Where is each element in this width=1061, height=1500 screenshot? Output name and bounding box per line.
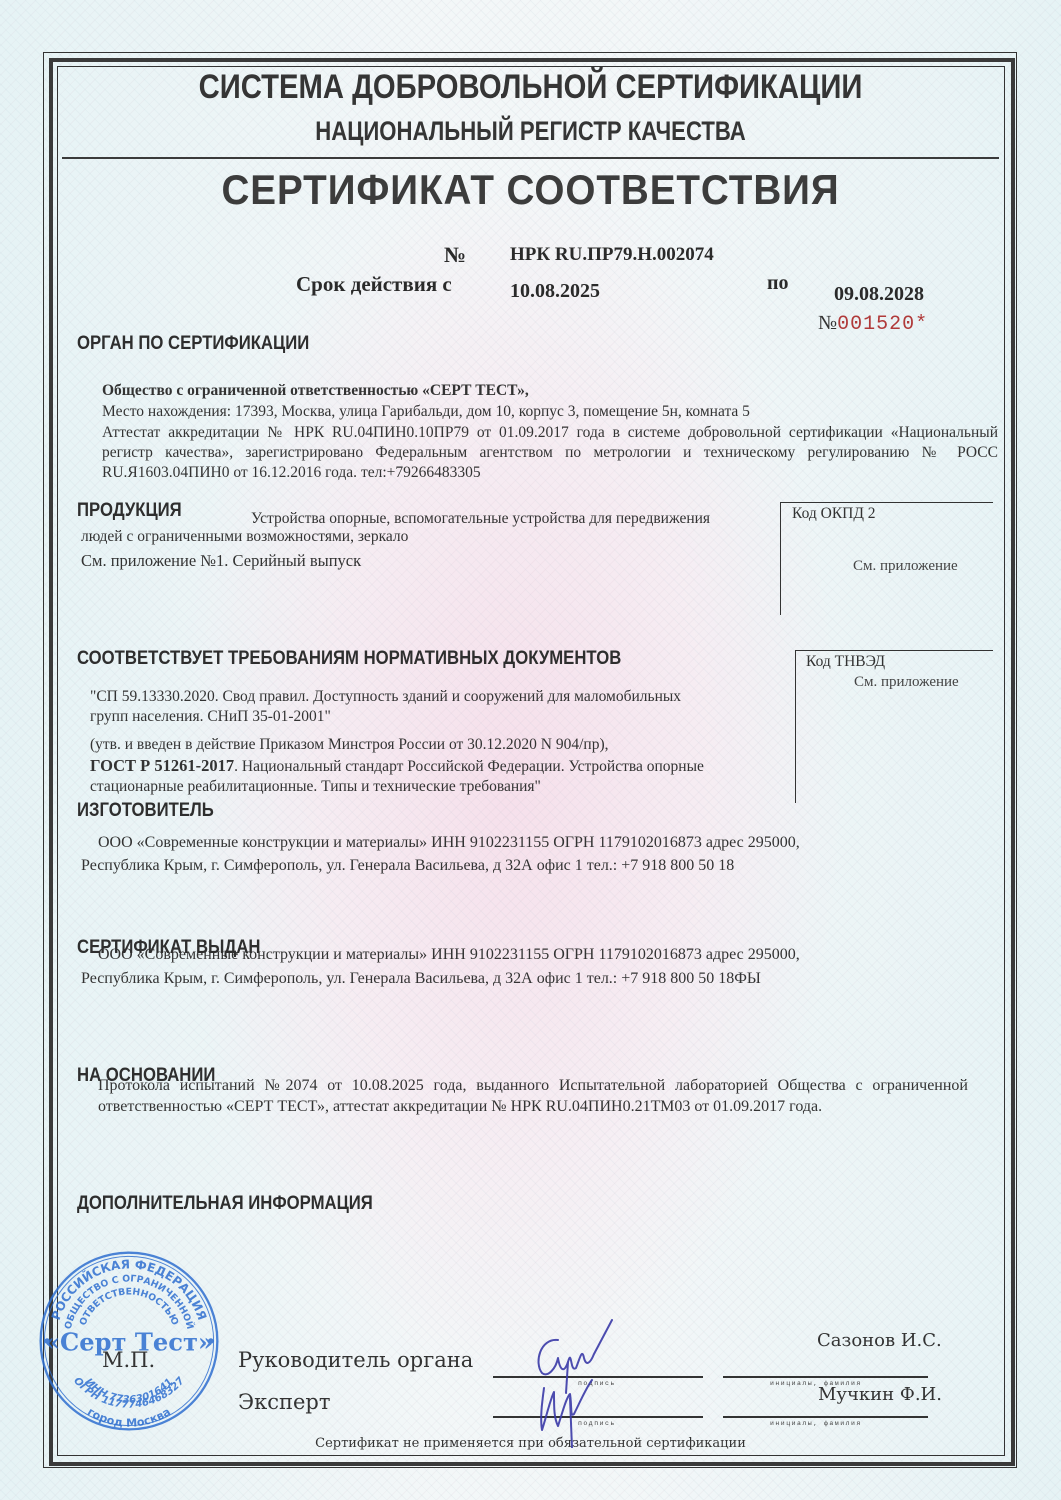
compliance-doc1-line1: "СП 59.13330.2020. Свод правил. Доступно… (90, 687, 681, 707)
blank-serial-number: №001520* (818, 312, 928, 336)
registry-title: НАЦИОНАЛЬНЫЙ РЕГИСТР КАЧЕСТВА (95, 116, 965, 147)
handwritten-signatures (520, 1318, 640, 1448)
product-description-line2: людей с ограниченными возможностями, зер… (81, 527, 408, 547)
certification-body-heading: ОРГАН ПО СЕРТИФИКАЦИИ (77, 333, 309, 355)
header-divider (62, 157, 999, 159)
compliance-heading: СООТВЕТСТВУЕТ ТРЕБОВАНИЯМ НОРМАТИВНЫХ ДО… (77, 648, 621, 670)
tnved-code-box: Код ТНВЭД См. приложение (795, 650, 993, 803)
gost-code: ГОСТ Р 51261-2017 (90, 756, 234, 775)
system-title: СИСТЕМА ДОБРОВОЛЬНОЙ СЕРТИФИКАЦИИ (74, 68, 986, 107)
valid-to-date: 09.08.2028 (834, 283, 924, 306)
product-heading: ПРОДУКЦИЯ (77, 500, 182, 522)
manufacturer-line1: ООО «Современные конструкции и материалы… (98, 833, 996, 853)
certification-body-name: Общество с ограниченной ответственностью… (102, 381, 529, 401)
okpd-code-box: Код ОКПД 2 См. приложение (780, 502, 993, 615)
okpd-label: Код ОКПД 2 (792, 505, 876, 523)
product-description-line1: Устройства опорные, вспомогательные устр… (251, 509, 710, 529)
head-name-line (723, 1376, 928, 1378)
issued-to-heading: СЕРТИФИКАТ ВЫДАН (77, 937, 260, 959)
head-name: Сазонов И.С. (817, 1330, 942, 1351)
document-title: СЕРТИФИКАТ СООТВЕТСТВИЯ (42, 166, 1018, 214)
serial-prefix: № (818, 312, 837, 334)
manufacturer-line2: Республика Крым, г. Симферополь, ул. Ген… (81, 856, 734, 876)
gost-title: . Национальный стандарт Российской Федер… (234, 758, 704, 775)
certificate-number: НРК RU.ПР79.Н.002074 (510, 244, 714, 266)
compliance-doc1-line2: групп населения. СНиП 35-01-2001" (90, 707, 331, 727)
head-of-body-label: Руководитель органа (238, 1348, 473, 1372)
expert-label: Эксперт (238, 1390, 330, 1414)
compliance-doc2-line1: ГОСТ Р 51261-2017. Национальный стандарт… (90, 756, 704, 777)
okpd-value: См. приложение (853, 558, 958, 575)
issued-to-line2: Республика Крым, г. Симферополь, ул. Ген… (81, 969, 761, 989)
certification-body-phone: тел:+79266483305 (361, 464, 481, 481)
serial-value: 001520* (837, 313, 928, 336)
certification-body-accreditation: Аттестат аккредитации № НРК RU.04ПИН0.10… (102, 423, 998, 483)
footer-note: Сертификат не применяется при обязательн… (0, 1436, 1061, 1451)
basis-text: Протокола испытаний №2074 от 10.08.2025 … (98, 1075, 968, 1117)
seal-label: М.П. (102, 1348, 155, 1372)
expert-name-line (723, 1416, 928, 1418)
tnved-value: См. приложение (854, 674, 959, 691)
accreditation-text: Аттестат аккредитации № НРК RU.04ПИН0.10… (102, 424, 998, 481)
expert-name: Мучкин Ф.И. (818, 1384, 942, 1405)
expert-name-caption: инициалы, фамилия (770, 1420, 862, 1427)
compliance-doc2-line2: стационарные реабилитационные. Типы и те… (90, 777, 541, 797)
compliance-doc1-approval: (утв. и введен в действие Приказом Минст… (90, 735, 609, 755)
valid-from-date: 10.08.2025 (510, 280, 600, 303)
valid-to-label: по (767, 272, 789, 295)
certificate-number-label: № (444, 242, 466, 268)
manufacturer-heading: ИЗГОТОВИТЕЛЬ (77, 800, 214, 822)
additional-info-heading: ДОПОЛНИТЕЛЬНАЯ ИНФОРМАЦИЯ (77, 1193, 373, 1215)
product-appendix: См. приложение №1. Серийный выпуск (81, 551, 361, 571)
certification-body-address: Место нахождения: 17393, Москва, улица Г… (102, 402, 750, 422)
basis-heading: НА ОСНОВАНИИ (77, 1065, 215, 1087)
tnved-label: Код ТНВЭД (806, 653, 885, 671)
validity-label: Срок действия с (296, 272, 452, 297)
company-seal-stamp: РОССИЙСКАЯ ФЕДЕРАЦИЯ ОБЩЕСТВО С ОГРАНИЧЕ… (36, 1248, 222, 1434)
